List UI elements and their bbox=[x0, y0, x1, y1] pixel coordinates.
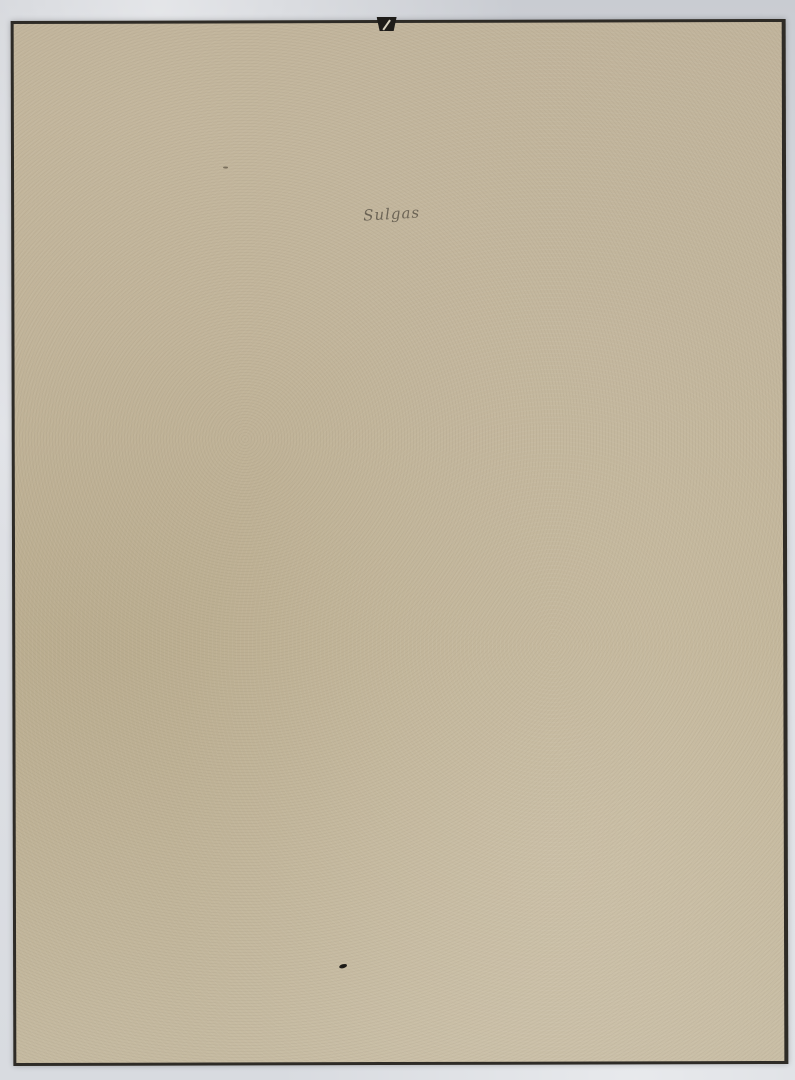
small-mark bbox=[223, 166, 228, 168]
hanger-clip-icon bbox=[377, 17, 397, 31]
handwritten-inscription: Sulgas bbox=[363, 203, 421, 224]
picture-frame: Sulgas bbox=[11, 19, 789, 1066]
dark-spot bbox=[339, 963, 348, 969]
frame-backing-board: Sulgas bbox=[14, 22, 785, 1063]
